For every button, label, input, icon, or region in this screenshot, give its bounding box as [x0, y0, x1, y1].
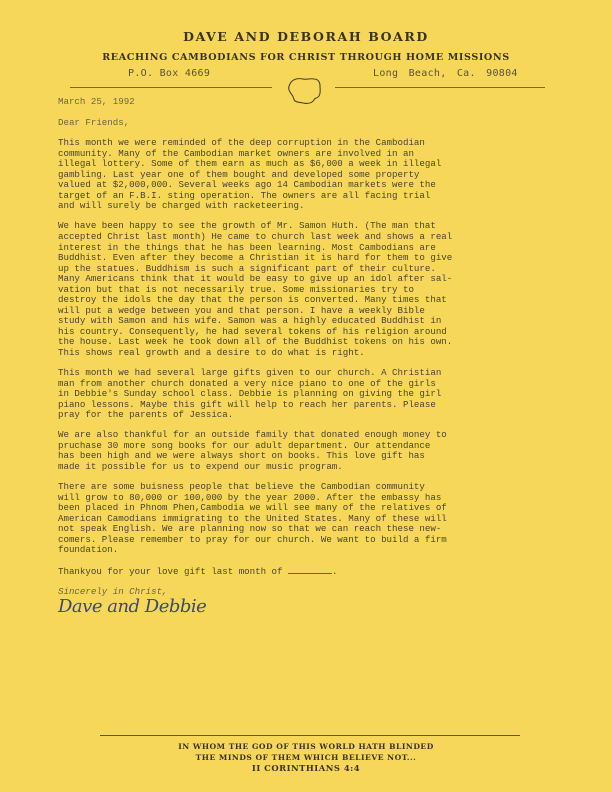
- scripture-line-2: THE MINDS OF THEM WHICH BELIEVE NOT...: [0, 753, 612, 764]
- masthead-name: DAVE AND DEBORAH BOARD: [0, 29, 612, 44]
- thanks-text: Thankyou for your love gift last month o…: [58, 566, 283, 577]
- mailing-address-box: P.O. Box 4669: [128, 68, 210, 79]
- footer-scripture: IN WHOM THE GOD OF THIS WORLD HATH BLIND…: [0, 742, 612, 774]
- mailing-address-city: Long Beach, Ca. 90804: [373, 68, 518, 79]
- scripture-reference: II CORINTHIANS 4:4: [0, 763, 612, 774]
- gift-amount-blank: [288, 565, 332, 574]
- footer-rule: [100, 735, 520, 736]
- paragraph-corruption: This month we were reminded of the deep …: [58, 138, 558, 212]
- masthead-tagline: REACHING CAMBODIANS FOR CHRIST THROUGH H…: [0, 52, 612, 63]
- paragraph-samon-huth: We have been happy to see the growth of …: [58, 221, 558, 358]
- letter-page: DAVE AND DEBORAH BOARD REACHING CAMBODIA…: [0, 0, 612, 792]
- thanks-line: Thankyou for your love gift last month o…: [58, 565, 558, 578]
- paragraph-community-growth: There are some buisness people that beli…: [58, 482, 558, 556]
- header-rule-right: [335, 87, 545, 88]
- salutation: Dear Friends,: [58, 118, 558, 129]
- scripture-line-1: IN WHOM THE GOD OF THIS WORLD HATH BLIND…: [0, 742, 612, 753]
- header-rule-left: [70, 87, 272, 88]
- paragraph-song-books: We are also thankful for an outside fami…: [58, 430, 558, 472]
- letter-date: March 25, 1992: [58, 97, 558, 108]
- letter-body: March 25, 1992 Dear Friends, This month …: [58, 97, 558, 612]
- paragraph-gifts: This month we had several large gifts gi…: [58, 368, 558, 421]
- signature: Dave and Debbie: [58, 602, 558, 613]
